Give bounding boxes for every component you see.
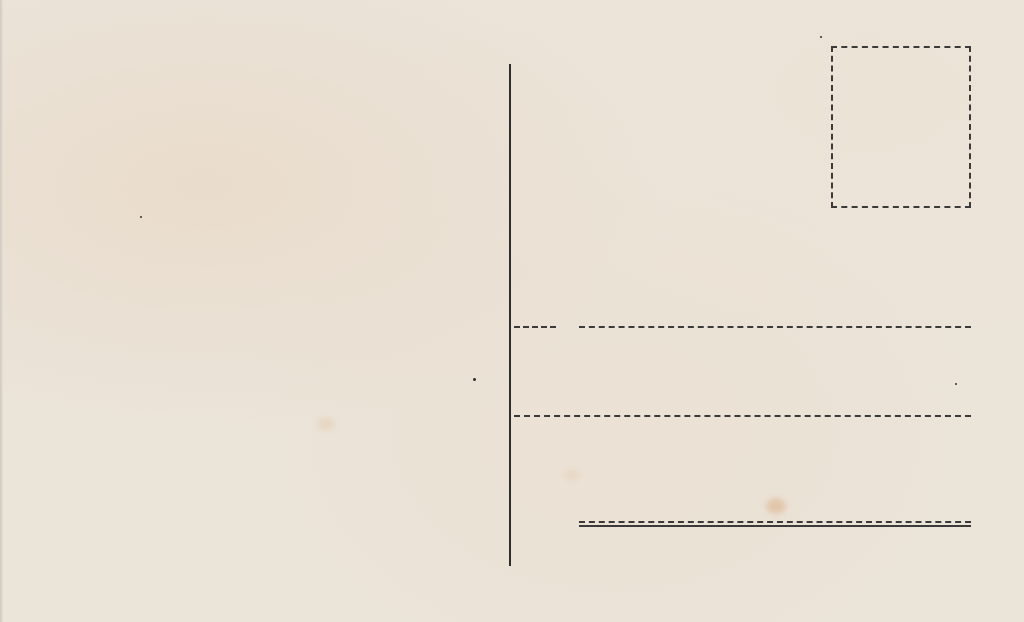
stamp-box <box>831 46 971 208</box>
address-line-3-underline <box>579 525 971 527</box>
paper-stain <box>318 418 334 430</box>
paper-speck <box>473 378 476 381</box>
paper-stain <box>565 470 579 480</box>
address-line-2 <box>514 415 971 417</box>
address-line-3 <box>579 521 971 523</box>
paper-speck <box>820 36 822 38</box>
card-edge <box>0 0 3 622</box>
vertical-divider <box>509 64 511 566</box>
paper-speck <box>140 216 142 218</box>
address-line-1-short <box>514 326 556 328</box>
paper-stain <box>766 498 786 514</box>
address-line-1 <box>579 326 971 328</box>
postcard-back <box>0 0 1024 622</box>
paper-speck <box>955 383 957 385</box>
